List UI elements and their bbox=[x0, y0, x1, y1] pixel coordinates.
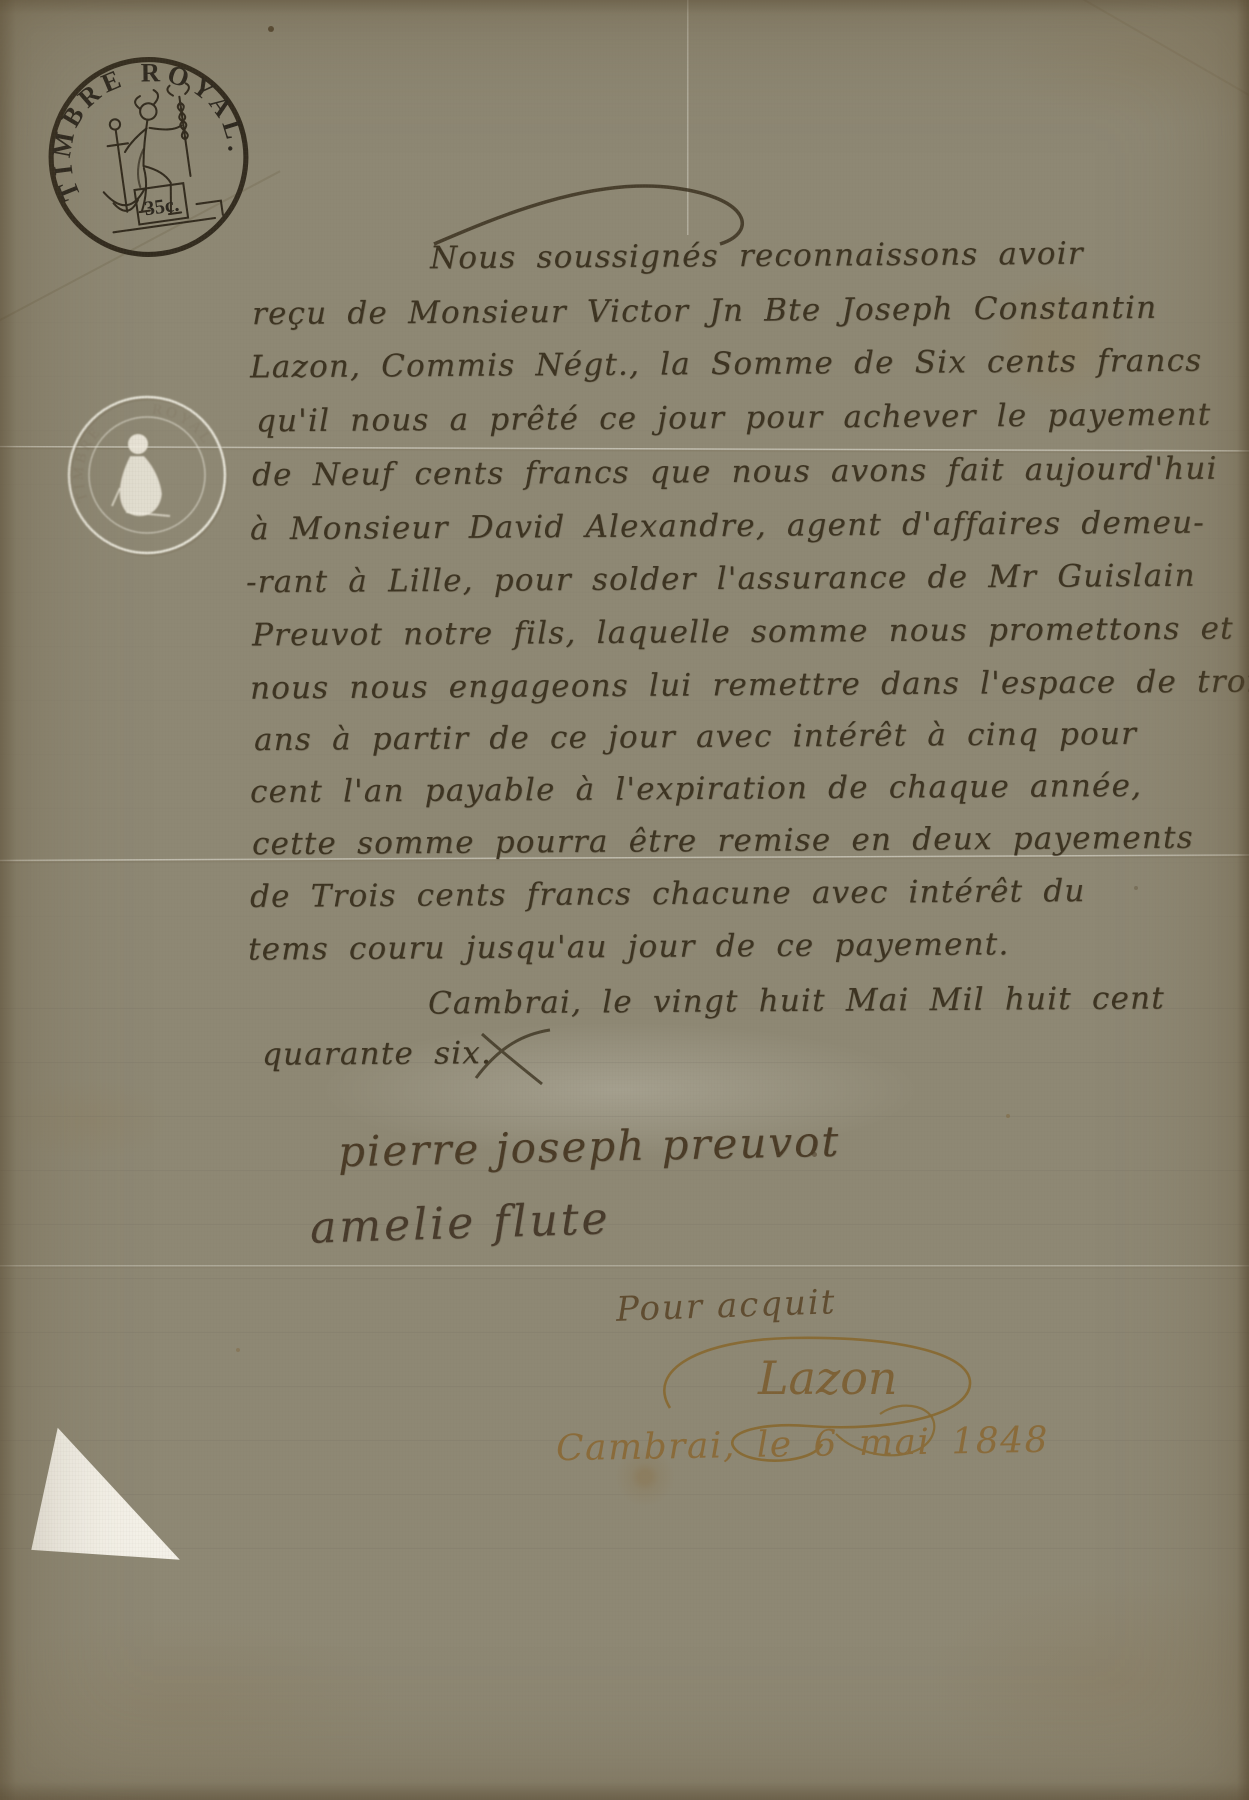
embossed-seal: TIMBRE ROYAL bbox=[60, 388, 235, 563]
fold-crease bbox=[687, 0, 690, 235]
manuscript-line: Preuvot notre fils, laquelle somme nous … bbox=[252, 611, 1234, 654]
manuscript-line: ans à partir de ce jour avec intérêt à c… bbox=[254, 716, 1137, 758]
manuscript-line: cent l'an payable à l'expiration de chaq… bbox=[250, 768, 1142, 810]
stamp-denomination: 35c. bbox=[143, 194, 180, 221]
manuscript-line: tems couru jusqu'au jour de ce payement. bbox=[248, 926, 1010, 967]
fold-crease bbox=[0, 1265, 1249, 1269]
seal-arc-text-left: TIMBRE bbox=[71, 423, 105, 504]
ink-speck bbox=[236, 1348, 240, 1352]
dateline: Cambrai, le vingt huit Mai Mil huit cent bbox=[428, 980, 1165, 1021]
dateline: quarante six. bbox=[262, 1035, 492, 1073]
manuscript-line: nous nous engageons lui remettre dans l'… bbox=[250, 663, 1249, 706]
manuscript-line: à Monsieur David Alexandre, agent d'affa… bbox=[250, 505, 1205, 548]
signature-amelie-flute: amelie flute bbox=[309, 1193, 611, 1253]
manuscript-line: cette somme pourra être remise en deux p… bbox=[252, 820, 1194, 863]
manuscript-line: -rant à Lille, pour solder l'assurance d… bbox=[246, 558, 1196, 601]
stamp-engraving: TIMBRE ROYAL. bbox=[32, 39, 264, 275]
embossed-seal-engraving: TIMBRE ROYAL bbox=[60, 388, 235, 563]
stamp-arc-text-left: TIMBRE bbox=[34, 61, 144, 206]
manuscript-line: Lazon, Commis Négt., la Somme de Six cen… bbox=[250, 343, 1203, 386]
manuscript-line: de Neuf cents francs que nous avons fait… bbox=[252, 451, 1218, 494]
ink-speck bbox=[1134, 886, 1138, 890]
manuscript-line: qu'il nous a prêté ce jour pour achever … bbox=[256, 397, 1212, 440]
fold-crease bbox=[1077, 0, 1249, 127]
manuscript-line: Nous soussignés reconnaissons avoir bbox=[430, 236, 1084, 277]
pour-acquit-label: Pour acquit bbox=[615, 1282, 837, 1330]
ink-speck bbox=[1006, 1114, 1010, 1118]
timbre-royal-stamp: TIMBRE ROYAL. bbox=[46, 52, 251, 262]
ink-speck bbox=[268, 26, 274, 32]
signature-lazon: Lazon bbox=[757, 1351, 898, 1405]
manuscript-line: reçu de Monsieur Victor Jn Bte Joseph Co… bbox=[252, 290, 1158, 332]
folded-corner bbox=[28, 1408, 193, 1573]
manuscript-page: TIMBRE ROYAL. bbox=[0, 0, 1249, 1800]
manuscript-line: de Trois cents francs chacune avec intér… bbox=[250, 873, 1086, 915]
signature-pierre-joseph-preuvot: pierre joseph preuvot bbox=[338, 1117, 841, 1177]
acquit-dateline: Cambrai, le 6 mai 1848 bbox=[556, 1420, 1050, 1470]
